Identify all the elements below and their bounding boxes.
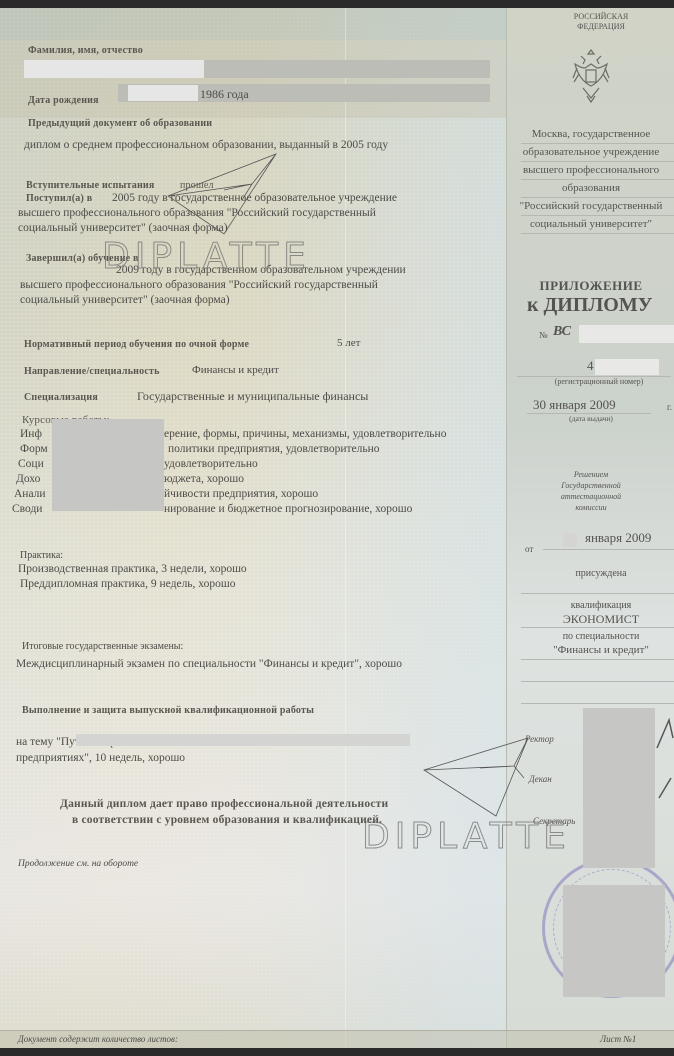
commission-line: Решением <box>507 470 674 479</box>
coursework-item-rest: нирование и бюджетное прогнозирование, х… <box>164 503 412 515</box>
rule-line <box>543 549 674 550</box>
completed-line-3: социальный университет" (заочная форма) <box>20 294 230 306</box>
rule-line <box>521 627 674 628</box>
commission-date-prefix: от <box>525 544 533 554</box>
watermark-text: DIPLATTE <box>102 236 311 277</box>
coursework-item-rest: йчивости предприятия, хорошо <box>164 488 318 500</box>
commission-day-redaction <box>563 533 577 547</box>
exams-label: Итоговые государственные экзамены: <box>22 641 183 652</box>
specialization-value: Государственные и муниципальные финансы <box>137 389 368 404</box>
coursework-item-start: Инф <box>20 428 42 440</box>
rule-line <box>521 143 674 144</box>
thesis-redaction <box>76 734 410 746</box>
reg-number-redaction <box>595 359 659 375</box>
qualification-value: ЭКОНОМИСТ <box>507 612 674 627</box>
rule-line <box>521 593 674 594</box>
birth-value: 1986 года <box>200 87 249 102</box>
specialty-label: по специальности <box>507 631 674 642</box>
signature-redaction <box>583 708 655 868</box>
birth-label: Дата рождения <box>28 95 99 106</box>
qualification-label: квалификация <box>507 600 674 611</box>
rule-line <box>521 233 674 234</box>
period-value: 5 лет <box>337 337 360 349</box>
institution-line: образовательное учреждение <box>507 146 674 158</box>
reg-number-caption: (регистрационный номер) <box>507 377 674 386</box>
period-label: Нормативный период обучения по очной фор… <box>24 339 249 350</box>
awarded-label: присуждена <box>507 568 674 579</box>
issue-date-suffix: г. <box>667 402 672 412</box>
country-line-2: ФЕДЕРАЦИЯ <box>507 22 674 32</box>
rule-line <box>521 703 674 704</box>
commission-line: комиссии <box>507 503 674 512</box>
number-redaction <box>579 325 674 343</box>
fio-label: Фамилия, имя, отчество <box>28 45 143 56</box>
direction-value: Финансы и кредит <box>192 364 279 376</box>
prev-doc-label: Предыдущий документ об образовании <box>28 118 212 129</box>
rule-line <box>521 197 674 198</box>
title-to-diploma: к ДИПЛОМУ <box>507 294 674 317</box>
diploma-supplement-sheet: Фамилия, имя, отчество Дата рождения 198… <box>0 8 674 1048</box>
continued-note: Продолжение см. на обороте <box>18 859 138 869</box>
rule-line <box>521 161 674 162</box>
coursework-redaction <box>52 419 164 511</box>
title-supplement: ПРИЛОЖЕНИЕ <box>507 278 674 294</box>
stamp-redaction <box>563 885 665 997</box>
top-band <box>0 8 506 40</box>
thesis-line-2: предприятиях", 10 недель, хорошо <box>16 752 185 764</box>
coursework-item-rest: удовлетворительно <box>164 458 258 470</box>
rights-line-1: Данный диплом дает право профессионально… <box>60 798 388 810</box>
coursework-item-rest: политики предприятия, удовлетворительно <box>168 443 380 455</box>
coursework-item-start: Форм <box>20 443 48 455</box>
enrolled-label: Поступил(а) в <box>26 193 92 204</box>
entrance-label: Вступительные испытания <box>26 180 155 191</box>
commission-date: января 2009 <box>585 530 651 546</box>
issue-date: 30 января 2009 <box>533 397 616 413</box>
rule-line <box>521 659 674 660</box>
commission-line: Государственной <box>507 481 674 490</box>
fio-redaction <box>24 60 204 78</box>
rule-line <box>521 681 674 682</box>
paper-plane-watermark-icon <box>168 148 278 238</box>
practice-item: Преддипломная практика, 9 недель, хорошо <box>20 578 235 590</box>
thesis-label: Выполнение и защита выпускной квалификац… <box>22 705 314 716</box>
sheets-count-label: Документ содержит количество листов: <box>18 1034 178 1044</box>
right-panel: РОССИЙСКАЯ ФЕДЕРАЦИЯ Москва, государстве… <box>506 8 674 1048</box>
institution-line: социальный университет" <box>507 218 674 230</box>
institution-line: образования <box>507 182 674 194</box>
country-line-1: РОССИЙСКАЯ <box>507 12 674 22</box>
coursework-item-start: Анали <box>14 488 46 500</box>
coursework-item-rest: ерение, формы, причины, механизмы, удовл… <box>164 428 446 440</box>
specialty-value: "Финансы и кредит" <box>507 644 674 656</box>
commission-line: аттестационной <box>507 492 674 501</box>
signature-strokes <box>655 708 674 808</box>
completed-line-2: высшего профессионального образования "Р… <box>20 279 378 291</box>
rule-line <box>521 215 674 216</box>
rights-line-2: в соответствии с уровнем образования и к… <box>72 814 382 826</box>
direction-label: Направление/специальность <box>24 366 160 377</box>
sheet-number: Лист №1 <box>600 1034 636 1044</box>
birth-redaction <box>128 85 198 101</box>
issue-date-caption: (дата выдачи) <box>507 414 674 423</box>
coursework-item-start: Соци <box>18 458 44 470</box>
practice-label: Практика: <box>20 550 63 561</box>
coat-of-arms-icon <box>569 46 613 106</box>
institution-line: Москва, государственное <box>507 128 674 140</box>
page-fold <box>345 8 346 1048</box>
exam-item: Междисциплинарный экзамен по специальнос… <box>16 658 402 670</box>
paper-plane-watermark-icon <box>424 736 534 816</box>
institution-line: высшего профессионального <box>507 164 674 176</box>
rule-line <box>521 179 674 180</box>
coursework-item-start: Дохо <box>16 473 40 485</box>
watermark-text: DIPLATTE <box>362 816 571 857</box>
coursework-item-start: Своди <box>12 503 42 515</box>
specialization-label: Специализация <box>24 392 98 403</box>
coursework-item-rest: юджета, хорошо <box>164 473 244 485</box>
practice-item: Производственная практика, 3 недели, хор… <box>18 563 247 575</box>
institution-line: "Российский государственный <box>507 200 674 212</box>
